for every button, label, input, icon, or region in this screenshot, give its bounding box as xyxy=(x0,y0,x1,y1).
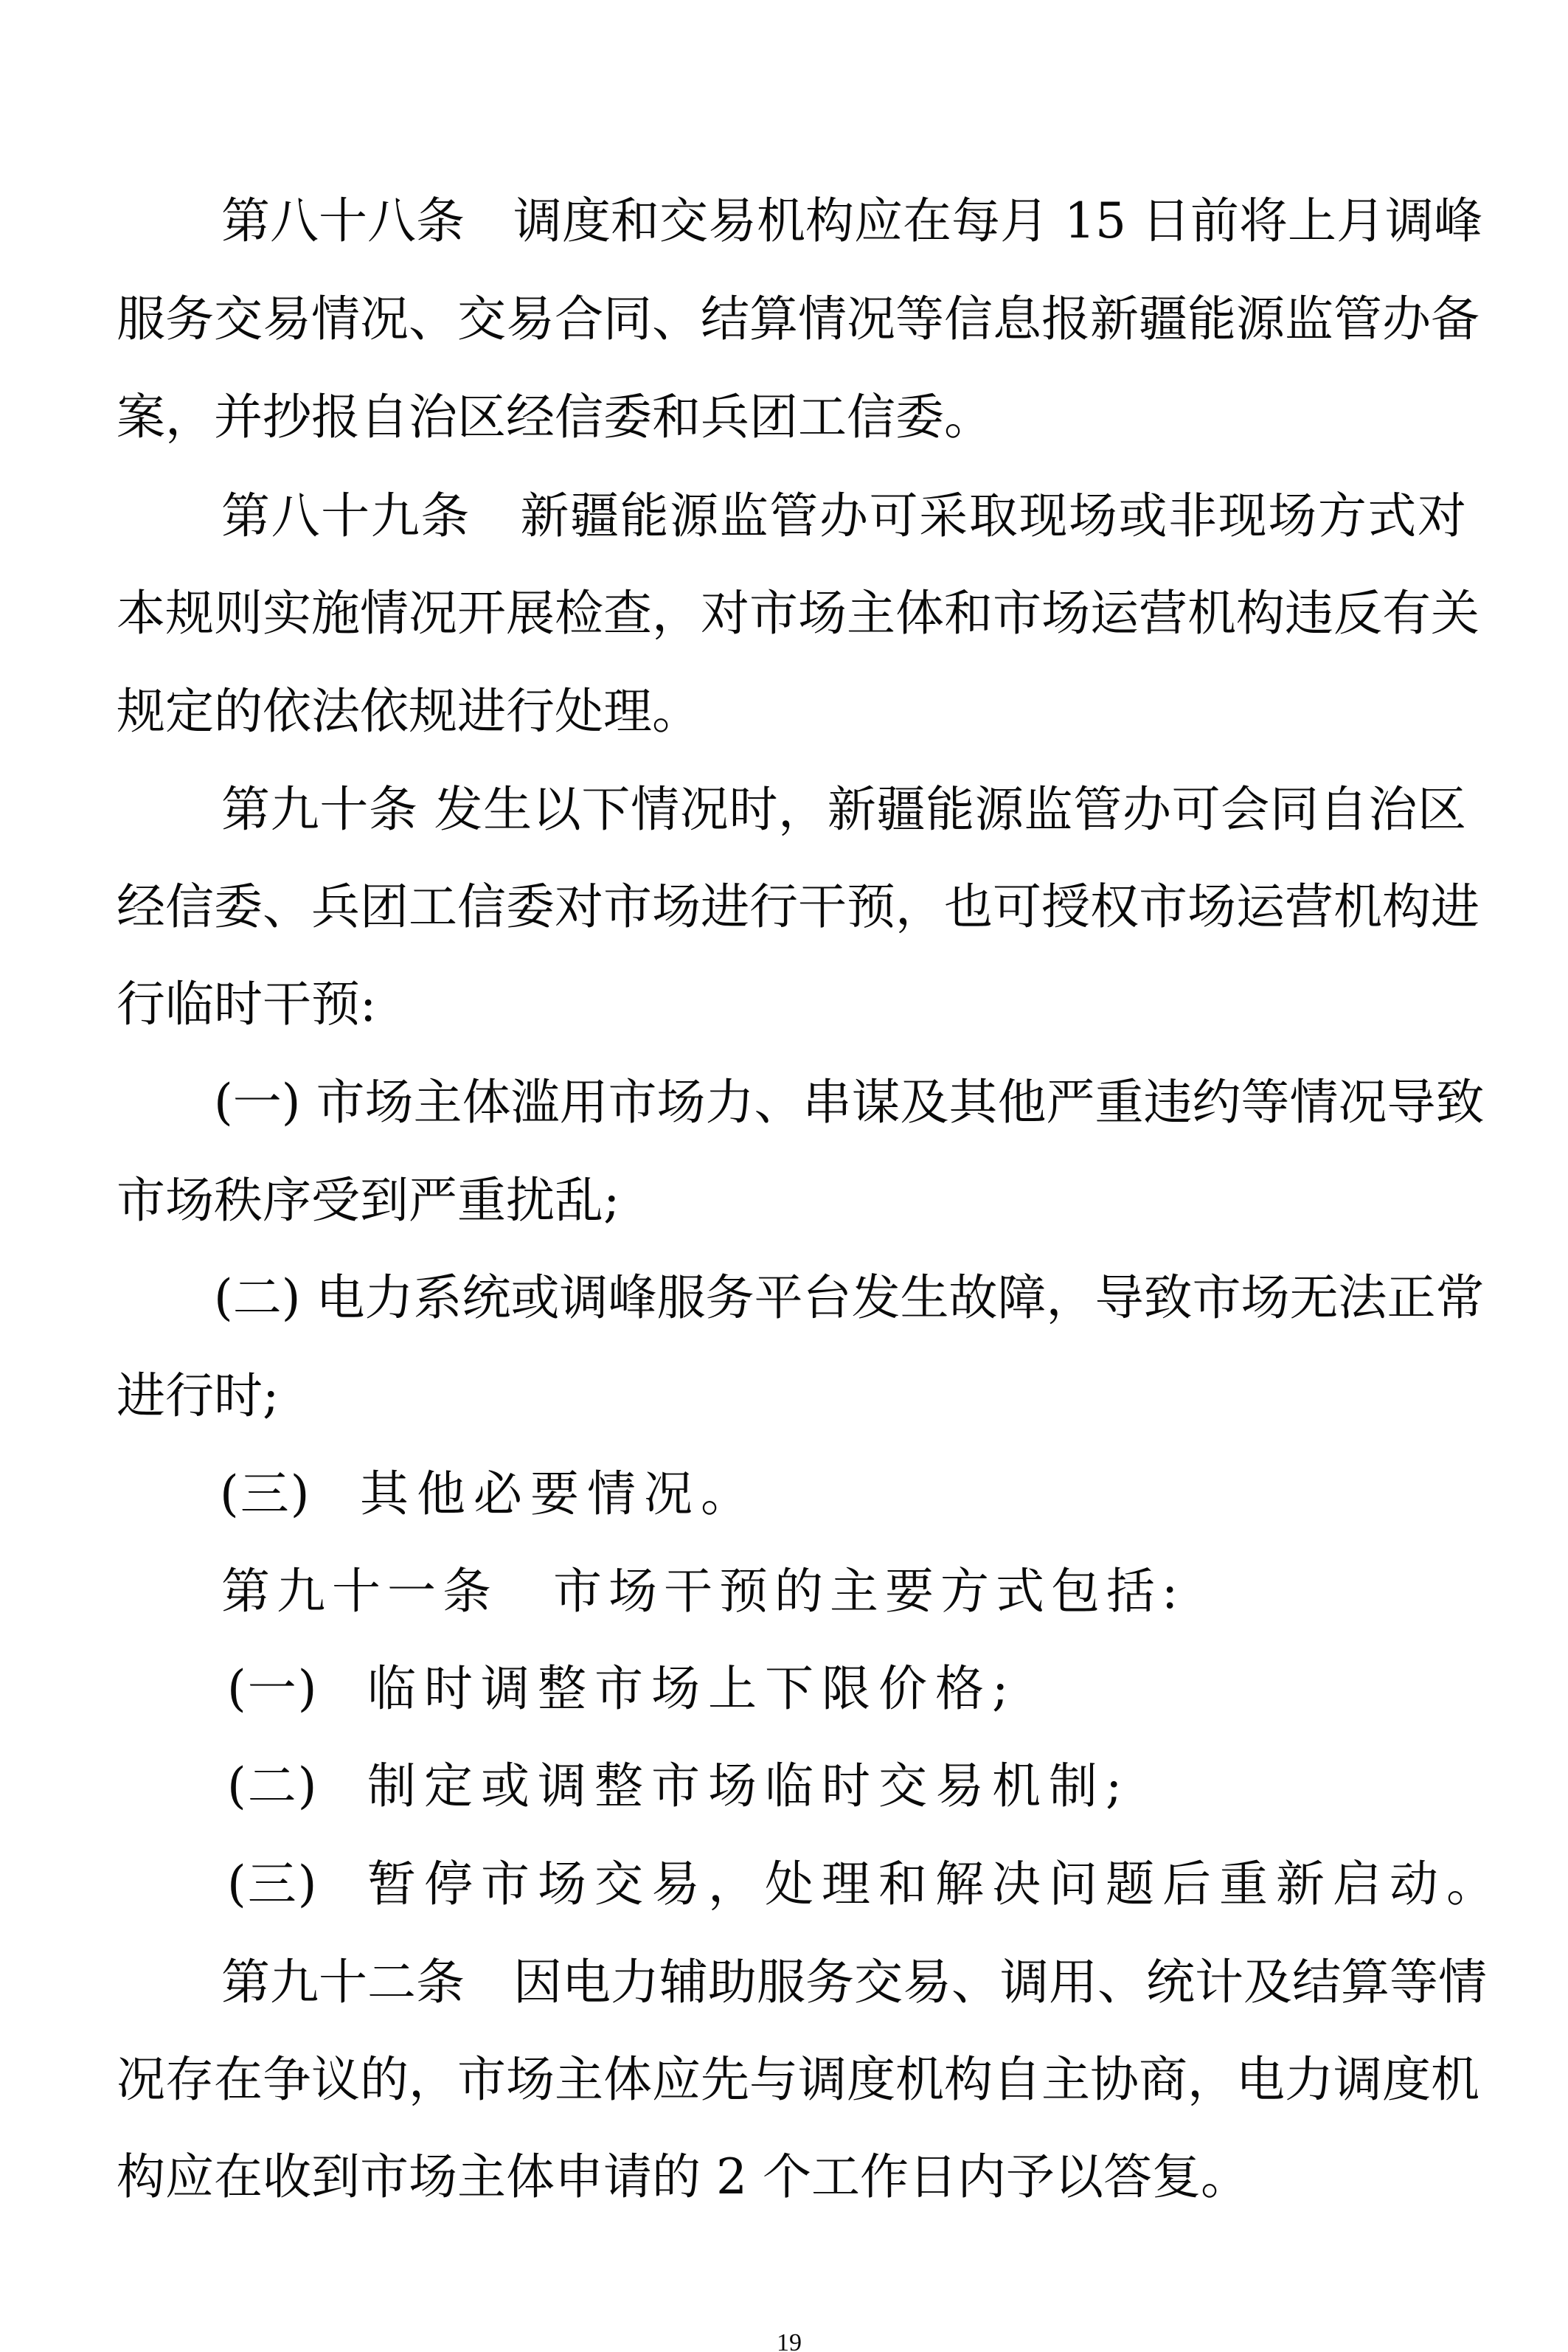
list-text: 其他必要情况。 xyxy=(360,1465,757,1522)
list-number: (二) xyxy=(227,1749,367,1823)
list-number: (三) xyxy=(220,1457,360,1531)
article-90-line-3: 行临时干预: xyxy=(117,968,1466,1041)
article-90-line-1: 第九十条 发生以下情况时，新疆能源监管办可会同自治区 xyxy=(221,773,1466,847)
article-92-line-3: 构应在收到市场主体申请的 2 个工作日内予以答复。 xyxy=(117,2140,1466,2214)
article-91-line-1: 第九十一条 市场干预的主要方式包括: xyxy=(221,1555,1466,1628)
article-90-item-1-line-1: (一) 市场主体滥用市场力、串谋及其他严重违约等情况导致 xyxy=(214,1066,1466,1139)
article-88-line-3: 案，并抄报自治区经信委和兵团工信委。 xyxy=(117,381,1466,454)
article-92-line-1: 第九十二条 因电力辅助服务交易、调用、统计及结算等情 xyxy=(221,1946,1466,2019)
article-91-item-2: (二)制定或调整市场临时交易机制; xyxy=(227,1749,1130,1823)
list-text: 制定或调整市场临时交易机制; xyxy=(367,1758,1130,1814)
article-89-line-3: 规定的依法依规进行处理。 xyxy=(117,675,1466,749)
article-91-item-3: (三)暂停市场交易，处理和解决问题后重新启动。 xyxy=(227,1848,1503,1921)
article-90-item-3: (三)其他必要情况。 xyxy=(220,1457,757,1531)
article-89-line-1: 第八十九条 新疆能源监管办可采取现场或非现场方式对 xyxy=(221,479,1466,553)
article-88-line-2: 服务交易情况、交易合同、结算情况等信息报新疆能源监管办备 xyxy=(117,282,1466,356)
list-text: 临时调整市场上下限价格; xyxy=(367,1660,1016,1717)
document-page: 第八十八条 调度和交易机构应在每月 15 日前将上月调峰 服务交易情况、交易合同… xyxy=(0,0,1568,2352)
article-90-item-2-line-1: (二) 电力系统或调峰服务平台发生故障，导致市场无法正常 xyxy=(214,1261,1466,1335)
article-91-item-1: (一)临时调整市场上下限价格; xyxy=(227,1652,1016,1726)
article-88-line-1: 第八十八条 调度和交易机构应在每月 15 日前将上月调峰 xyxy=(221,184,1466,258)
list-number: (一) xyxy=(227,1652,367,1726)
article-90-item-2-line-2: 进行时; xyxy=(117,1359,1466,1433)
page-number: 19 xyxy=(767,2331,811,2352)
article-92-line-2: 况存在争议的，市场主体应先与调度机构自主协商，电力调度机 xyxy=(117,2043,1466,2117)
list-number: (三) xyxy=(227,1848,367,1921)
article-90-line-2: 经信委、兵团工信委对市场进行干预，也可授权市场运营机构进 xyxy=(117,870,1466,944)
article-90-item-1-line-2: 市场秩序受到严重扰乱; xyxy=(117,1164,1466,1238)
list-text: 暂停市场交易，处理和解决问题后重新启动。 xyxy=(367,1856,1503,1912)
article-89-line-2: 本规则实施情况开展检查，对市场主体和市场运营机构违反有关 xyxy=(117,577,1466,651)
